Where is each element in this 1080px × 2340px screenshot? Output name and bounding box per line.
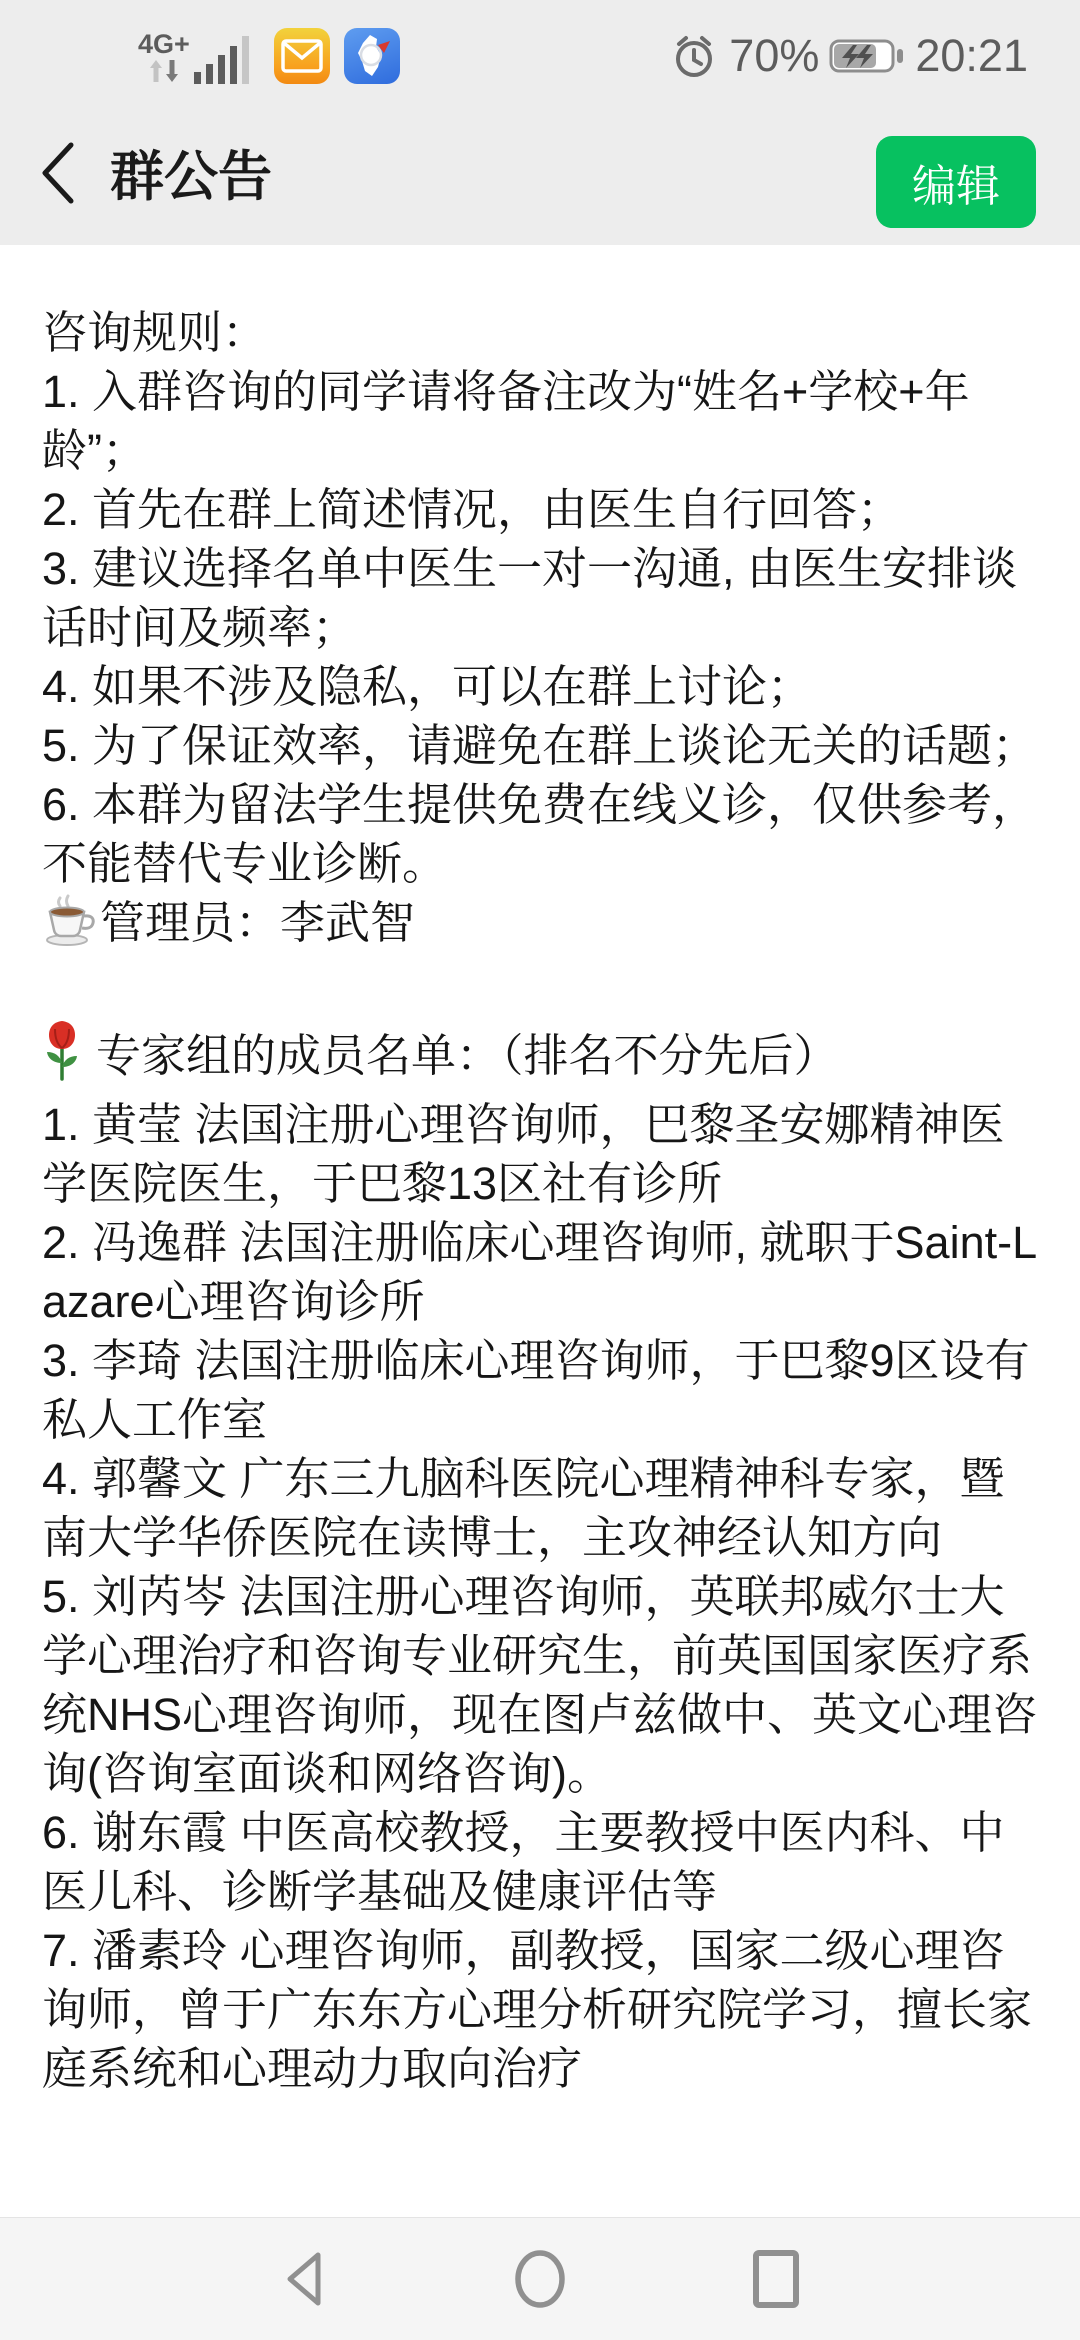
mail-app-icon bbox=[274, 28, 330, 84]
expert-item: 2. 冯逸群 法国注册临床心理咨询师, 就职于Saint-Lazare心理咨询诊… bbox=[42, 1213, 1038, 1331]
back-button[interactable] bbox=[28, 133, 88, 213]
nav-back-icon bbox=[278, 2249, 330, 2309]
experts-title-line: 专家组的成员名单：（排名不分先后） bbox=[42, 1019, 1038, 1095]
header: 群公告 编辑 bbox=[0, 100, 1080, 245]
nav-back-button[interactable] bbox=[274, 2244, 334, 2314]
charging-battery-icon bbox=[829, 35, 905, 77]
edit-button[interactable]: 编辑 bbox=[876, 136, 1036, 228]
status-left-group: 4G+ bbox=[138, 26, 400, 84]
expert-item: 4. 郭馨文 广东三九脑科医院心理精神科专家，暨南大学华侨医院在读博士，主攻神经… bbox=[42, 1449, 1038, 1567]
expert-item: 1. 黄莹 法国注册心理咨询师，巴黎圣安娜精神医学医院医生，于巴黎13区社有诊所 bbox=[42, 1095, 1038, 1213]
rule-item: 1. 入群咨询的同学请将备注改为“姓名+学校+年龄”； bbox=[42, 362, 1038, 480]
network-type-label: 4G+ bbox=[138, 31, 190, 58]
back-chevron-icon bbox=[37, 140, 79, 206]
updown-arrows-icon bbox=[146, 58, 182, 84]
signal-bars-icon: 4G+ bbox=[138, 26, 260, 84]
rule-item: 6. 本群为留法学生提供免费在线义诊，仅供参考，不能替代专业诊断。 bbox=[42, 775, 1038, 893]
nav-home-button[interactable] bbox=[510, 2244, 570, 2314]
status-bar: 4G+ bbox=[0, 0, 1080, 100]
expert-item: 6. 谢东霞 中医高校教授，主要教授中医内科、中医儿科、诊断学基础及健康评估等 bbox=[42, 1803, 1038, 1921]
expert-item: 3. 李琦 法国注册临床心理咨询师，于巴黎9区设有私人工作室 bbox=[42, 1331, 1038, 1449]
announcement-body[interactable]: 咨询规则： 1. 入群咨询的同学请将备注改为“姓名+学校+年龄”； 2. 首先在… bbox=[0, 245, 1080, 2098]
alarm-icon bbox=[669, 31, 719, 81]
rules-title: 咨询规则： bbox=[42, 303, 1038, 362]
signal-strength-icon bbox=[194, 26, 260, 84]
expert-item: 5. 刘芮岑 法国注册心理咨询师，英联邦威尔士大学心理治疗和咨询专业研究生，前英… bbox=[42, 1567, 1038, 1803]
blank-line bbox=[42, 960, 1038, 1019]
nav-bar bbox=[0, 2217, 1080, 2340]
rose-icon bbox=[42, 1019, 82, 1095]
rule-item: 4. 如果不涉及隐私，可以在群上讨论； bbox=[42, 657, 1038, 716]
rule-item: 2. 首先在群上简述情况，由医生自行回答； bbox=[42, 480, 1038, 539]
battery-percent: 70% bbox=[729, 30, 819, 82]
page-title: 群公告 bbox=[110, 134, 272, 211]
experts-title: 专家组的成员名单：（排名不分先后） bbox=[96, 1030, 839, 1081]
phone-screen: 4G+ bbox=[0, 0, 1080, 2340]
coffee-icon bbox=[42, 894, 96, 960]
nav-home-icon bbox=[511, 2248, 569, 2310]
admin-line-text: 管理员：李武智 bbox=[100, 897, 415, 948]
rule-item: 3. 建议选择名单中医生一对一沟通, 由医生安排谈话时间及频率； bbox=[42, 539, 1038, 657]
top-chrome: 4G+ bbox=[0, 0, 1080, 245]
clock-time: 20:21 bbox=[915, 30, 1028, 82]
rule-item: 5. 为了保证效率，请避免在群上谈论无关的话题； bbox=[42, 716, 1038, 775]
france-app-icon bbox=[344, 28, 400, 84]
status-right-group: 70% 20:21 bbox=[669, 30, 1028, 82]
nav-recents-button[interactable] bbox=[746, 2244, 806, 2314]
expert-item: 7. 潘素玲 心理咨询师，副教授，国家二级心理咨询师，曾于广东东方心理分析研究院… bbox=[42, 1921, 1038, 2098]
admin-line: 管理员：李武智 bbox=[42, 893, 1038, 960]
nav-recents-icon bbox=[751, 2248, 801, 2310]
